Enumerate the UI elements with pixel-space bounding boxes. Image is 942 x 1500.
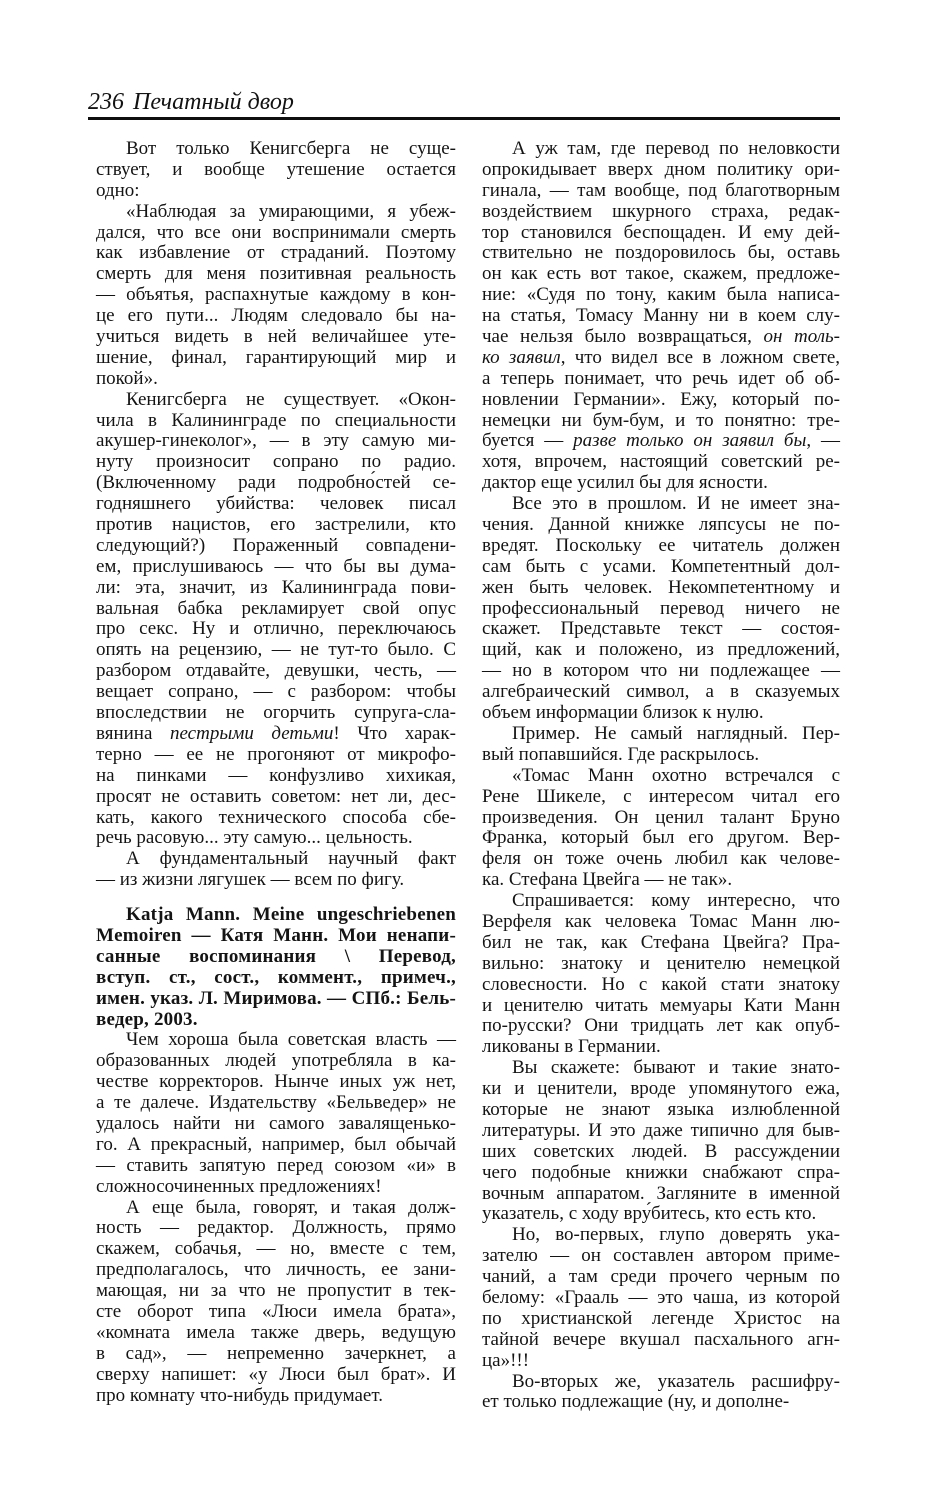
text-line: — объятья, распахнутые каждому в кон- <box>96 285 456 306</box>
text-line: ликованы в Германии. <box>482 1037 840 1058</box>
text-line: зателю — он составлен автором приме- <box>482 1246 840 1267</box>
text-line: новлении Германии». Ежу, который по- <box>482 390 840 411</box>
text-line: вый попавшийся. Где раскрылось. <box>482 745 840 766</box>
header-rule <box>88 117 840 120</box>
text-line: вильно: знатоку и ценителю немецкой <box>482 954 840 975</box>
text-line: дактор еще усилил бы для ясности. <box>482 473 840 494</box>
text-line: образованных людей употребляла в ка- <box>96 1051 456 1072</box>
text-line: ствует, и вообще утешение остается <box>96 160 456 181</box>
text-line: впоследствии не огорчить супруга-сла- <box>96 703 456 724</box>
text-line: вочным аппаратом. Загляните в именной <box>482 1184 840 1205</box>
text-line: Кенигсберга не существует. «Окон- <box>96 390 456 411</box>
text-line: сложносочиненных предложениях! <box>96 1177 456 1198</box>
text-line: разбором отдавайте, девушки, честь, — <box>96 661 456 682</box>
text-line: шение, финал, гарантирующий мир и <box>96 348 456 369</box>
paragraph: Чем хороша была советская власть —образо… <box>96 1030 456 1197</box>
paragraph: Пример. Не самый наглядный. Пер-вый попа… <box>482 724 840 766</box>
paragraph: «Наблюдая за умирающими, я убеж-дался, ч… <box>96 202 456 390</box>
text-line: воздействием шкурного страха, редак- <box>482 202 840 223</box>
text-line: буется — разве только он заявил бы, — <box>482 431 840 452</box>
paragraph: Но, во-первых, глупо доверять ука-зателю… <box>482 1225 840 1371</box>
text-line: санные воспоминания \ Перевод, <box>96 947 456 968</box>
text-line: ца»!!! <box>482 1351 840 1372</box>
section-title: Печатный двор <box>133 89 294 115</box>
text-line: нуту произносит сопрано по радио. <box>96 452 456 473</box>
text-line: Вы скажете: бывают и такие знато- <box>482 1058 840 1079</box>
text-line: Во-вторых же, указатель расшифру- <box>482 1372 840 1393</box>
paragraph: Все это в прошлом. И не имеет зна-чения.… <box>482 494 840 724</box>
text-line: по-русски? Они тридцать лет как опуб- <box>482 1016 840 1037</box>
text-line: ки и ценители, вроде упомянутого ежа, <box>482 1079 840 1100</box>
text-line: — но в котором что ни подлежащее — <box>482 661 840 682</box>
text-line: хотя, впрочем, настоящий советский ре- <box>482 452 840 473</box>
text-line: це его пути... Людям следовало бы на- <box>96 306 456 327</box>
text-line: скажет. Представьте текст — состоя- <box>482 619 840 640</box>
text-line: чае нельзя было возвращаться, он толь- <box>482 327 840 348</box>
paragraph: Вы скажете: бывают и такие знато-ки и це… <box>482 1058 840 1225</box>
text-line: а теперь понимает, что речь идет об об- <box>482 369 840 390</box>
text-line: вянина пестрыми детьми! Что харак- <box>96 724 456 745</box>
text-line: А еще была, говорят, и такая долж- <box>96 1198 456 1219</box>
text-line: на статья, Томасу Манну ни в коем слу- <box>482 306 840 327</box>
text-line: а те далече. Издательству «Бельведер» не <box>96 1093 456 1114</box>
text-line: дался, что все они воспринимали смерть <box>96 223 456 244</box>
text-line: имен. указ. Л. Миримова. — СПб.: Бель- <box>96 989 456 1010</box>
text-line: вредят. Поскольку ее читатель должен <box>482 536 840 557</box>
text-line: феля он тоже очень любил как челове- <box>482 849 840 870</box>
text-line: щий, как и положено, из предложений, <box>482 640 840 661</box>
text-line: предполагалось, что личность, ее зани- <box>96 1260 456 1281</box>
text-line: ко заявил, что видел все в ложном свете, <box>482 348 840 369</box>
text-line: Но, во-первых, глупо доверять ука- <box>482 1225 840 1246</box>
text-line: ет только подлежащие (ну, и дополне- <box>482 1392 840 1413</box>
text-line: ведер, 2003. <box>96 1010 456 1031</box>
text-line: Все это в прошлом. И не имеет зна- <box>482 494 840 515</box>
text-line: «комната имела также дверь, ведущую <box>96 1323 456 1344</box>
text-line: про секс. Ну и отлично, переключаюсь <box>96 619 456 640</box>
text-line: немецки ни бум-бум, и то понятно: тре- <box>482 411 840 432</box>
text-line: произведения. Он ценил талант Бруно <box>482 808 840 829</box>
book-page: 236Печатный двор Вот только Кенигсберга … <box>0 0 942 1500</box>
text-line: учиться видеть в ней величайшее уте- <box>96 327 456 348</box>
text-column-left: Вот только Кенигсберга не суще-ствует, и… <box>96 139 456 1413</box>
text-line: объем информации близок к нулю. <box>482 703 840 724</box>
text-line: алгебраический символ, а в сказуемых <box>482 682 840 703</box>
text-line: он как есть вот такое, скажем, предложе- <box>482 264 840 285</box>
text-line: литературы. И это даже типично для быв- <box>482 1121 840 1142</box>
text-line: А уж там, где перевод по неловкости <box>482 139 840 160</box>
text-line: белому: «Грааль — это чаша, из которой <box>482 1288 840 1309</box>
text-line: тайной вечере вкушал пасхального агн- <box>482 1330 840 1351</box>
text-line: опять на рецензию, — не тут-то было. С <box>96 640 456 661</box>
text-line: акушер-гинеколог», — в эту самую ми- <box>96 431 456 452</box>
text-line: против нацистов, его застрелили, кто <box>96 515 456 536</box>
text-line: в сад», — непременно зачеркнет, а <box>96 1344 456 1365</box>
text-line: Франка, который был его другом. Вер- <box>482 828 840 849</box>
text-line: одно: <box>96 181 456 202</box>
text-line: вальная бабка рекламирует свой опус <box>96 599 456 620</box>
running-head: 236Печатный двор <box>88 89 294 115</box>
text-line: покой». <box>96 369 456 390</box>
text-line: следующий?) Пораженный совпадени- <box>96 536 456 557</box>
text-line: ем, прислушиваюсь — что бы вы дума- <box>96 557 456 578</box>
paragraph: Спрашивается: кому интересно, чтоВерфеля… <box>482 891 840 1058</box>
text-line: ших советских людей. В рассуждении <box>482 1142 840 1163</box>
text-line: Пример. Не самый наглядный. Пер- <box>482 724 840 745</box>
text-line: словесности. Но с какой стати знатоку <box>482 975 840 996</box>
text-line: сверху напишет: «у Люси был брат». И <box>96 1365 456 1386</box>
text-line: — из жизни лягушек — всем по фигу. <box>96 870 456 891</box>
text-line: сте оборот типа «Люси имела брата», <box>96 1302 456 1323</box>
text-line: ли: эта, значит, из Калининграда пови- <box>96 578 456 599</box>
text-line: по христианской легенде Христос на <box>482 1309 840 1330</box>
text-line: (Включенному ради подробно́стей се- <box>96 473 456 494</box>
text-line: терно — ее не прогоняют от микрофо- <box>96 745 456 766</box>
page-number: 236 <box>88 89 124 115</box>
text-line: вступ. ст., сост., коммент., примеч., <box>96 968 456 989</box>
text-line: просят не оставить советом: нет ли, дес- <box>96 787 456 808</box>
text-line: речь расовую... эту самую... цельность. <box>96 828 456 849</box>
text-columns: Вот только Кенигсберга не суще-ствует, и… <box>96 139 840 1413</box>
text-line: Верфеля как человека Томас Манн лю- <box>482 912 840 933</box>
text-line: жен быть человек. Некомпетентному и <box>482 578 840 599</box>
paragraph: Вот только Кенигсберга не суще-ствует, и… <box>96 139 456 202</box>
text-line: указатель, с ходу вру́битесь, кто есть к… <box>482 1204 840 1225</box>
text-line: честве корректоров. Нынче иных уж нет, <box>96 1072 456 1093</box>
text-line: как избавление от страданий. Поэтому <box>96 243 456 264</box>
text-line: про комнату что-нибудь придумает. <box>96 1386 456 1407</box>
text-line: ка. Стефана Цвейга — не так». <box>482 870 840 891</box>
paragraph: А уж там, где перевод по неловкостиопрок… <box>482 139 840 494</box>
paragraph: А фундаментальный научный факт— из жизни… <box>96 849 456 891</box>
text-line: чила в Калининграде по специальности <box>96 411 456 432</box>
text-line: ние: «Судя по тону, каким была написа- <box>482 285 840 306</box>
text-line: чения. Данной книжке ляпсусы не по- <box>482 515 840 536</box>
text-line: А фундаментальный научный факт <box>96 849 456 870</box>
text-line: и ценителю читать мемуары Кати Манн <box>482 996 840 1017</box>
scanned-page: { "page_header": { "page_number": "236",… <box>0 0 942 1500</box>
text-line: мающая, ни за что не пропустит в тек- <box>96 1281 456 1302</box>
text-line: ность — редактор. Должность, прямо <box>96 1218 456 1239</box>
text-line: Рене Шикеле, с интересом читал его <box>482 787 840 808</box>
text-line: Спрашивается: кому интересно, что <box>482 891 840 912</box>
text-line: Katja Mann. Meine ungeschriebenen <box>96 905 456 926</box>
text-line: тор становился беспощаден. И ему дей- <box>482 223 840 244</box>
text-line: вещает сопрано, — с разбором: чтобы <box>96 682 456 703</box>
text-line: удалось найти ни самого завалященько- <box>96 1114 456 1135</box>
text-column-right: А уж там, где перевод по неловкостиопрок… <box>482 139 840 1413</box>
text-line: на пинками — конфузливо хихикая, <box>96 766 456 787</box>
paragraph: А еще была, говорят, и такая долж-ность … <box>96 1198 456 1407</box>
text-line: гинала, — там вообще, под благотворным <box>482 181 840 202</box>
text-line: которые не знают языка излюбленной <box>482 1100 840 1121</box>
text-line: Вот только Кенигсберга не суще- <box>96 139 456 160</box>
text-line: ствительно не поздоровилось бы, оставь <box>482 243 840 264</box>
text-line: смерть для меня позитивная реальность <box>96 264 456 285</box>
text-line: го. А прекрасный, например, был обычай <box>96 1135 456 1156</box>
text-line: «Томас Манн охотно встречался с <box>482 766 840 787</box>
text-line: Чем хороша была советская власть — <box>96 1030 456 1051</box>
text-line: бил не так, как Стефана Цвейга? Пра- <box>482 933 840 954</box>
paragraph: «Томас Манн охотно встречался сРене Шике… <box>482 766 840 891</box>
text-line: скажем, собачья, — но, вместе с тем, <box>96 1239 456 1260</box>
paragraph: Кенигсберга не существует. «Окон-чила в … <box>96 390 456 850</box>
text-line: — ставить запятую перед союзом «и» в <box>96 1156 456 1177</box>
text-line: «Наблюдая за умирающими, я убеж- <box>96 202 456 223</box>
text-line: Memoiren — Катя Манн. Мои ненапи- <box>96 926 456 947</box>
bibliographic-entry: Katja Mann. Meine ungeschriebenenMemoire… <box>96 905 456 1030</box>
text-line: годняшнего убийства: человек писал <box>96 494 456 515</box>
text-line: чаний, а там среди прочего черным по <box>482 1267 840 1288</box>
text-line: сам быть с усами. Компетентный дол- <box>482 557 840 578</box>
text-line: профессиональный перевод ничего не <box>482 599 840 620</box>
paragraph: Во-вторых же, указатель расшифру-ет толь… <box>482 1372 840 1414</box>
text-line: кать, какого технического способа сбе- <box>96 808 456 829</box>
text-line: чего подобные книжки снабжают спра- <box>482 1163 840 1184</box>
text-line: опрокидывает вверх дном политику ори- <box>482 160 840 181</box>
